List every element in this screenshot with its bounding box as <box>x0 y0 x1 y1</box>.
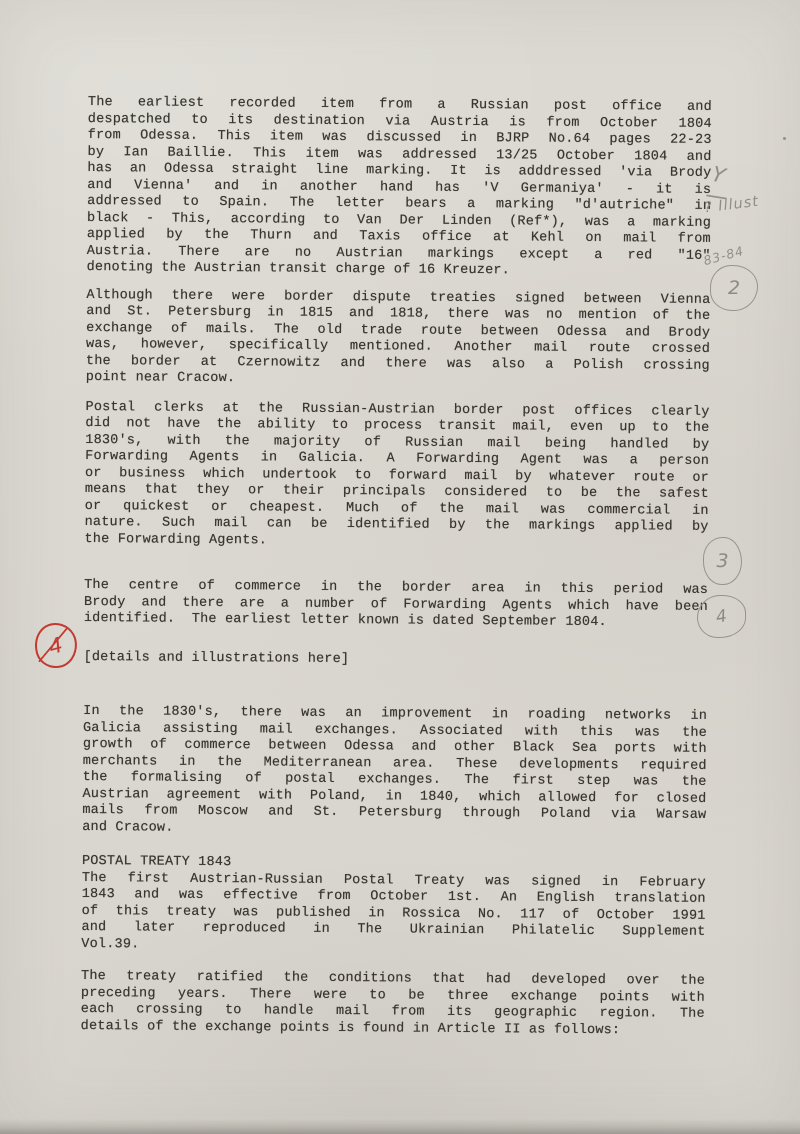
paragraph-treaty-ratified: The treaty ratified the conditions that … <box>81 969 705 1040</box>
paragraph-body: The earliest recorded item from a Russia… <box>87 95 712 265</box>
circled-number-label: 2 <box>728 277 740 299</box>
paragraph-body: The centre of commerce in the border are… <box>84 578 708 616</box>
placeholder-text: [details and illustrations here] <box>84 649 708 670</box>
paragraph-body: The first Austrian-Russian Postal Treaty… <box>81 870 705 941</box>
pencil-circled-number-4: 4 <box>697 595 746 638</box>
pencil-circled-number-3: 3 <box>703 537 742 585</box>
placeholder-note: [details and illustrations here] <box>84 649 708 670</box>
red-mark-label: 4 <box>46 632 65 659</box>
paragraph-postal-clerks: Postal clerks at the Russian-Austrian bo… <box>84 399 709 552</box>
circled-number-label: 4 <box>715 606 729 627</box>
paragraph-body: Although there were border dispute treat… <box>86 287 711 374</box>
paragraph-body: The treaty ratified the conditions that … <box>81 969 705 1023</box>
pencil-tick-mark: Y <box>709 162 727 188</box>
scan-bottom-shadow <box>0 1119 800 1134</box>
red-circled-mark: 4 <box>33 621 79 670</box>
paragraph-roading-networks: In the 1830's, there was an improvement … <box>82 704 707 841</box>
paragraph-earliest-item: The earliest recorded item from a Russia… <box>87 95 712 281</box>
typed-text-block: The earliest recorded item from a Russia… <box>81 95 712 1040</box>
circled-number-label: 3 <box>716 550 728 572</box>
document-page: The earliest recorded item from a Russia… <box>0 0 800 1134</box>
section-postal-treaty: POSTAL TREATY 1843 The first Austrian-Ru… <box>81 854 706 958</box>
paragraph-body: Postal clerks at the Russian-Austrian bo… <box>85 399 710 536</box>
paragraph-border-treaties: Although there were border dispute treat… <box>86 287 711 391</box>
pencil-circled-number-2: 2 <box>710 265 758 311</box>
paragraph-body: In the 1830's, there was an improvement … <box>82 704 707 824</box>
paragraph-centre-of-commerce: The centre of commerce in the border are… <box>84 578 708 632</box>
paper-speck <box>783 137 786 140</box>
